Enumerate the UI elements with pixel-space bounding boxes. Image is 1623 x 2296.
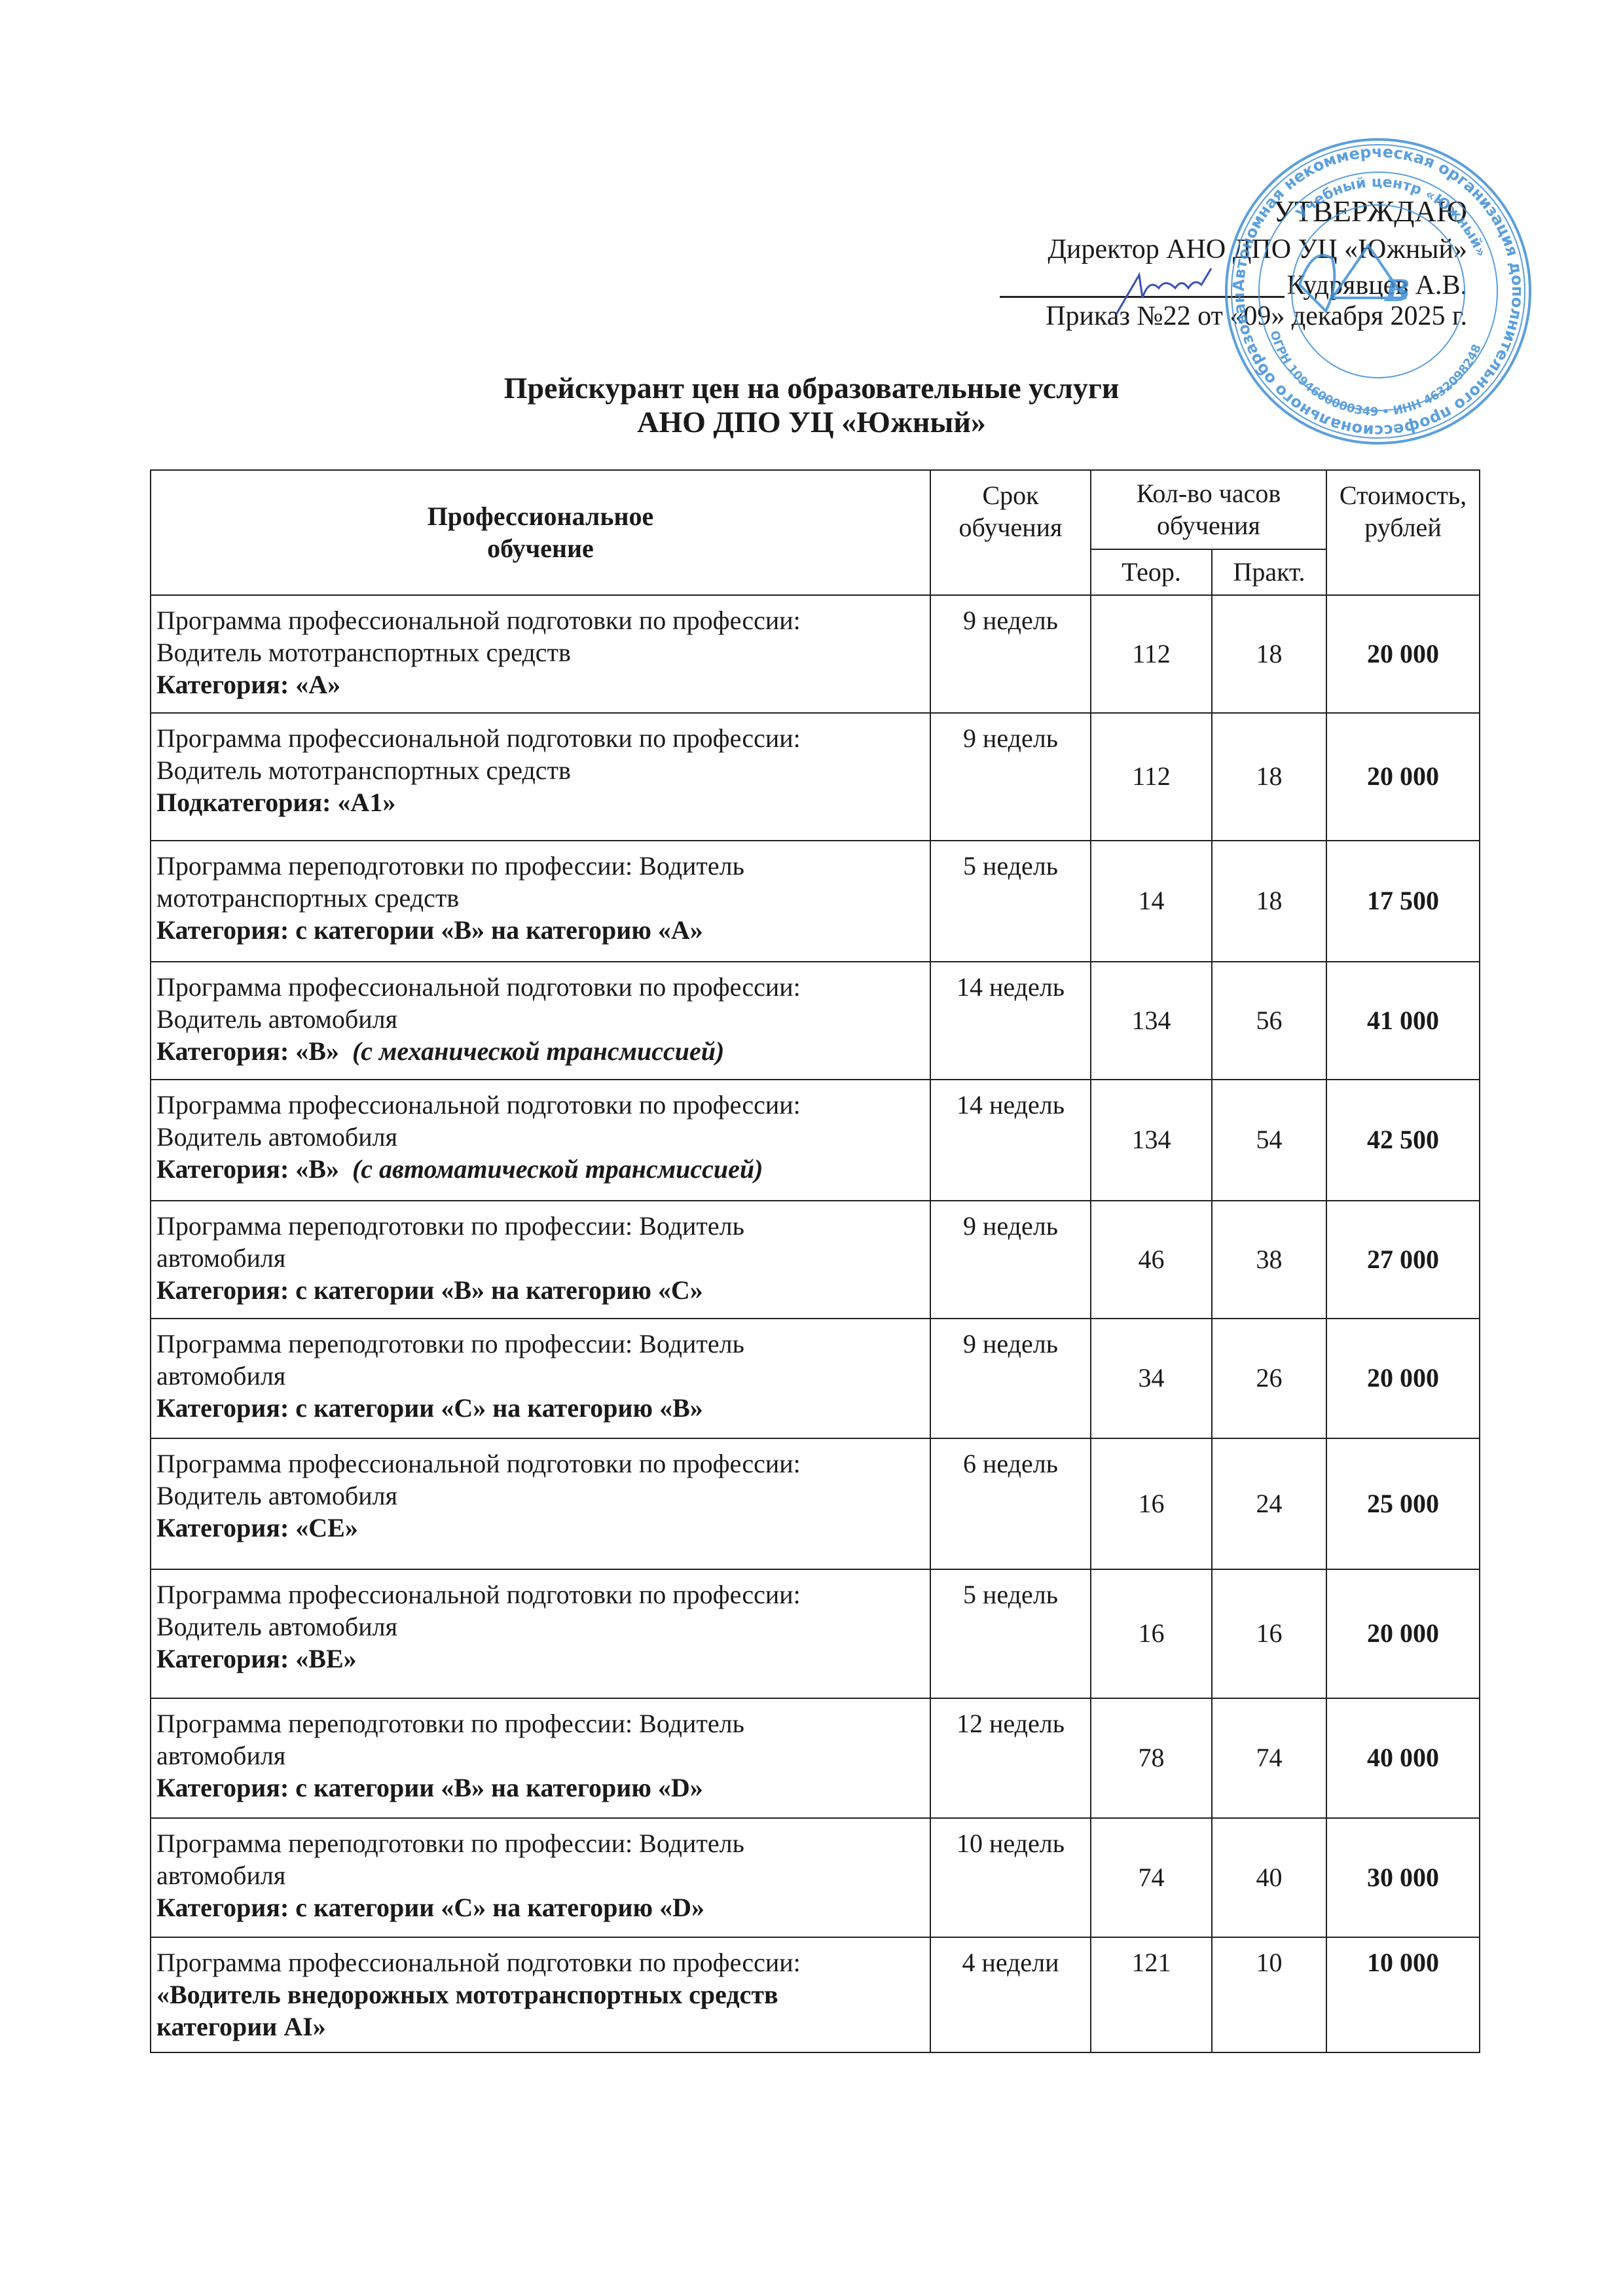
- program-category: Подкатегория: «А1»: [156, 788, 395, 817]
- document-subtitle: АНО ДПО УЦ «Южный»: [0, 407, 1623, 437]
- program-cell: Программа профессиональной подготовки по…: [151, 1080, 930, 1201]
- practice-hours-cell: 18: [1212, 595, 1326, 713]
- program-category: Категория: «В»: [156, 1036, 339, 1066]
- program-line2: «Водитель внедорожных мототранспортных с…: [156, 1980, 778, 2009]
- theory-hours-cell: 78: [1091, 1698, 1212, 1818]
- program-line1: Программа переподготовки по профессии: В…: [156, 851, 744, 881]
- document-title: Прейскурант цен на образовательные услуг…: [0, 373, 1623, 403]
- practice-hours-cell: 56: [1212, 962, 1326, 1080]
- table-row: Программа профессиональной подготовки по…: [151, 1569, 1480, 1698]
- program-cell: Программа профессиональной подготовки по…: [151, 1937, 930, 2052]
- program-category: категории AI»: [156, 2012, 326, 2041]
- cost-cell: 17 500: [1326, 841, 1480, 962]
- cost-cell: 42 500: [1326, 1080, 1480, 1201]
- program-category: Категория: с категории «В» на категорию …: [156, 1275, 703, 1305]
- program-line2: Водитель автомобиля: [156, 1612, 397, 1641]
- header-duration: Срок обучения: [930, 470, 1091, 595]
- header-practice: Практ.: [1212, 549, 1326, 595]
- cost-cell: 10 000: [1326, 1937, 1480, 2052]
- theory-hours-cell: 112: [1091, 713, 1212, 841]
- header-hours-line2: обучения: [1157, 511, 1260, 540]
- header-hours-line1: Кол-во часов: [1137, 479, 1281, 508]
- program-line1: Программа профессиональной подготовки по…: [156, 1580, 801, 1609]
- header-cost-line1: Стоимость,: [1340, 481, 1467, 510]
- program-cell: Программа профессиональной подготовки по…: [151, 962, 930, 1080]
- program-line1: Программа переподготовки по профессии: В…: [156, 1829, 744, 1858]
- program-line1: Программа переподготовки по профессии: В…: [156, 1709, 744, 1738]
- program-category: Категория: с категории «В» на категорию …: [156, 915, 703, 945]
- header-duration-line2: обучения: [959, 513, 1063, 542]
- practice-hours-cell: 40: [1212, 1818, 1326, 1937]
- duration-cell: 6 недель: [930, 1438, 1091, 1569]
- header-program-line2: обучение: [487, 534, 594, 563]
- duration-cell: 4 недели: [930, 1937, 1091, 2052]
- header-program-line1: Профессиональное: [428, 501, 654, 531]
- program-line1: Программа профессиональной подготовки по…: [156, 1948, 801, 1977]
- practice-hours-cell: 18: [1212, 713, 1326, 841]
- cost-cell: 41 000: [1326, 962, 1480, 1080]
- program-line2: автомобиля: [156, 1741, 285, 1770]
- cost-cell: 27 000: [1326, 1201, 1480, 1319]
- header-duration-line1: Срок: [982, 481, 1038, 510]
- theory-hours-cell: 134: [1091, 1080, 1212, 1201]
- program-cell: Программа профессиональной подготовки по…: [151, 713, 930, 841]
- signature-icon: [1113, 259, 1244, 318]
- program-category: Категория: «В»: [156, 1154, 339, 1184]
- theory-hours-cell: 121: [1091, 1937, 1212, 2052]
- duration-cell: 12 недель: [930, 1698, 1091, 1818]
- program-line1: Программа профессиональной подготовки по…: [156, 606, 801, 635]
- svg-text:B: B: [1383, 273, 1410, 308]
- duration-cell: 5 недель: [930, 841, 1091, 962]
- cost-cell: 25 000: [1326, 1438, 1480, 1569]
- table-row: Программа профессиональной подготовки по…: [151, 1080, 1480, 1201]
- duration-cell: 5 недель: [930, 1569, 1091, 1698]
- practice-hours-cell: 16: [1212, 1569, 1326, 1698]
- theory-hours-cell: 16: [1091, 1569, 1212, 1698]
- program-line2: автомобиля: [156, 1861, 285, 1890]
- table-row: Программа переподготовки по профессии: В…: [151, 1818, 1480, 1937]
- table-row: Программа переподготовки по профессии: В…: [151, 1201, 1480, 1319]
- cost-cell: 30 000: [1326, 1818, 1480, 1937]
- theory-hours-cell: 14: [1091, 841, 1212, 962]
- program-line2: Водитель мототранспортных средств: [156, 638, 571, 667]
- theory-hours-cell: 46: [1091, 1201, 1212, 1319]
- category-note: (с автоматической трансмиссией): [352, 1154, 763, 1184]
- program-line1: Программа профессиональной подготовки по…: [156, 972, 801, 1002]
- table-row: Программа переподготовки по профессии: В…: [151, 1319, 1480, 1438]
- program-line1: Программа переподготовки по профессии: В…: [156, 1211, 744, 1241]
- theory-hours-cell: 112: [1091, 595, 1212, 713]
- program-category: Категория: с категории «В» на категорию …: [156, 1773, 703, 1802]
- program-cell: Программа профессиональной подготовки по…: [151, 1438, 930, 1569]
- table-row: Программа профессиональной подготовки по…: [151, 1937, 1480, 2052]
- program-line2: мототранспортных средств: [156, 883, 459, 913]
- header-theory: Теор.: [1091, 549, 1212, 595]
- program-line1: Программа профессиональной подготовки по…: [156, 723, 801, 753]
- program-line2: Водитель автомобиля: [156, 1004, 397, 1034]
- practice-hours-cell: 38: [1212, 1201, 1326, 1319]
- program-line2: Водитель автомобиля: [156, 1122, 397, 1152]
- program-cell: Программа профессиональной подготовки по…: [151, 595, 930, 713]
- theory-hours-cell: 134: [1091, 962, 1212, 1080]
- table-row: Программа профессиональной подготовки по…: [151, 1438, 1480, 1569]
- duration-cell: 9 недель: [930, 1201, 1091, 1319]
- program-line2: автомобиля: [156, 1361, 285, 1391]
- category-note: (с механической трансмиссией): [352, 1036, 724, 1066]
- table-row: Программа профессиональной подготовки по…: [151, 595, 1480, 713]
- cost-cell: 20 000: [1326, 1319, 1480, 1438]
- program-category: Категория: «А»: [156, 670, 340, 699]
- practice-hours-cell: 74: [1212, 1698, 1326, 1818]
- cost-cell: 20 000: [1326, 713, 1480, 841]
- practice-hours-cell: 54: [1212, 1080, 1326, 1201]
- theory-hours-cell: 34: [1091, 1319, 1212, 1438]
- header-cost: Стоимость, рублей: [1326, 470, 1480, 595]
- program-line1: Программа профессиональной подготовки по…: [156, 1090, 801, 1120]
- program-line2: Водитель мототранспортных средств: [156, 756, 571, 785]
- cost-cell: 20 000: [1326, 595, 1480, 713]
- program-category: Категория: с категории «С» на категорию …: [156, 1893, 704, 1922]
- cost-cell: 20 000: [1326, 1569, 1480, 1698]
- program-category: Категория: «ВЕ»: [156, 1644, 357, 1673]
- duration-cell: 9 недель: [930, 713, 1091, 841]
- table-row: Программа профессиональной подготовки по…: [151, 713, 1480, 841]
- program-line2: Водитель автомобиля: [156, 1481, 397, 1510]
- practice-hours-cell: 24: [1212, 1438, 1326, 1569]
- table-row: Программа переподготовки по профессии: В…: [151, 1698, 1480, 1818]
- duration-cell: 9 недель: [930, 595, 1091, 713]
- cost-cell: 40 000: [1326, 1698, 1480, 1818]
- table-row: Программа профессиональной подготовки по…: [151, 962, 1480, 1080]
- header-hours: Кол-во часов обучения: [1091, 470, 1326, 549]
- practice-hours-cell: 10: [1212, 1937, 1326, 2052]
- program-line1: Программа переподготовки по профессии: В…: [156, 1329, 744, 1358]
- duration-cell: 14 недель: [930, 1080, 1091, 1201]
- price-table: Профессиональное обучение Срок обучения …: [150, 469, 1480, 2053]
- practice-hours-cell: 18: [1212, 841, 1326, 962]
- program-cell: Программа переподготовки по профессии: В…: [151, 1201, 930, 1319]
- program-line2: автомобиля: [156, 1243, 285, 1273]
- duration-cell: 10 недель: [930, 1818, 1091, 1937]
- program-cell: Программа переподготовки по профессии: В…: [151, 1319, 930, 1438]
- theory-hours-cell: 74: [1091, 1818, 1212, 1937]
- theory-hours-cell: 16: [1091, 1438, 1212, 1569]
- header-cost-line2: рублей: [1364, 513, 1441, 542]
- duration-cell: 14 недель: [930, 962, 1091, 1080]
- table-row: Программа переподготовки по профессии: В…: [151, 841, 1480, 962]
- program-category: Категория: «СЕ»: [156, 1513, 358, 1542]
- program-cell: Программа переподготовки по профессии: В…: [151, 1698, 930, 1818]
- program-category: Категория: с категории «С» на категорию …: [156, 1393, 703, 1423]
- practice-hours-cell: 26: [1212, 1319, 1326, 1438]
- program-cell: Программа переподготовки по профессии: В…: [151, 1818, 930, 1937]
- program-line1: Программа профессиональной подготовки по…: [156, 1449, 801, 1478]
- program-cell: Программа переподготовки по профессии: В…: [151, 841, 930, 962]
- header-program: Профессиональное обучение: [151, 470, 930, 595]
- program-cell: Программа профессиональной подготовки по…: [151, 1569, 930, 1698]
- duration-cell: 9 недель: [930, 1319, 1091, 1438]
